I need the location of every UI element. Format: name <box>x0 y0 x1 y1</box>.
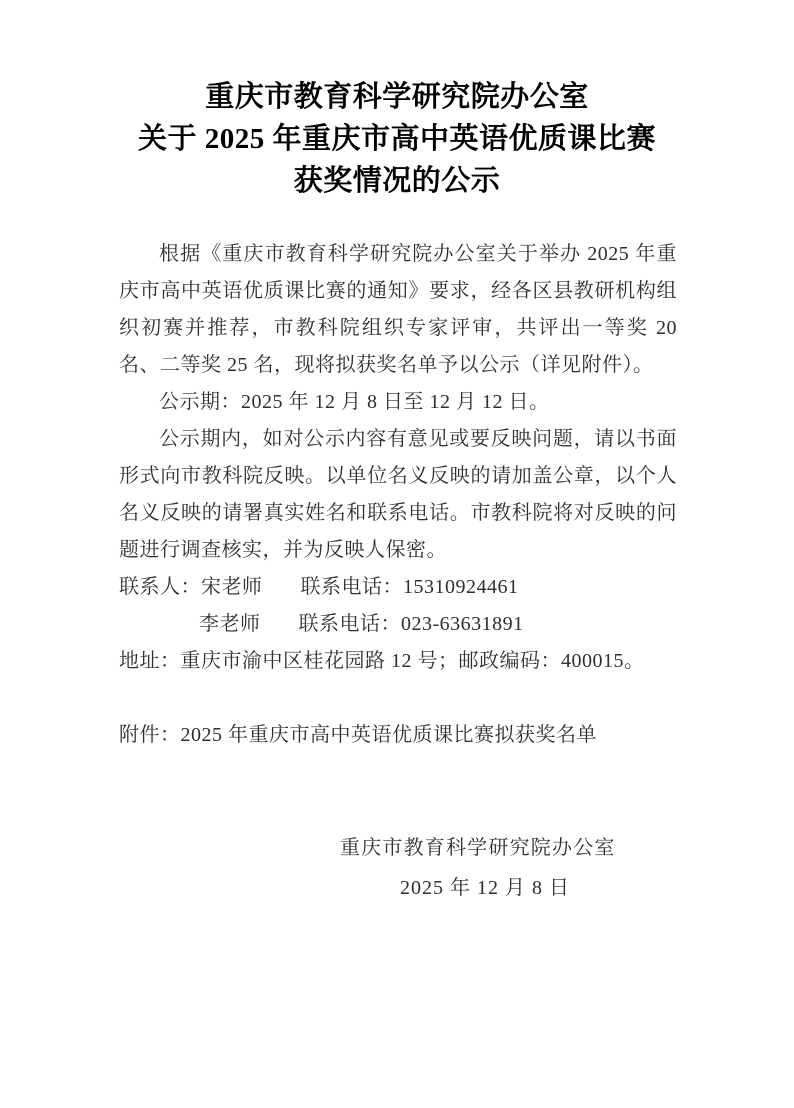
contact-person-label: 联系人： <box>119 576 201 598</box>
title-line-1: 重庆市教育科学研究院办公室 <box>0 76 794 118</box>
phone-number-1: 15310924461 <box>403 576 519 598</box>
contact-row-2: 李老师联系电话：023-63631891 <box>119 606 677 643</box>
signature-date: 2025 年 12 月 8 日 <box>400 870 570 907</box>
document-page: 重庆市教育科学研究院办公室 关于 2025 年重庆市高中英语优质课比赛 获奖情况… <box>0 0 794 1108</box>
contact-person-name-1: 宋老师 <box>201 576 263 598</box>
phone-number-2: 023-63631891 <box>401 613 524 635</box>
contact-row-1: 联系人：宋老师联系电话：15310924461 <box>119 569 677 606</box>
phone-label-2: 联系电话： <box>299 613 402 635</box>
signature-org: 重庆市教育科学研究院办公室 <box>340 830 616 867</box>
address-line: 地址：重庆市渝中区桂花园路 12 号；邮政编码：400015。 <box>119 643 677 680</box>
contact-person-name-2: 李老师 <box>199 613 261 635</box>
paragraph-feedback-instructions: 公示期内，如对公示内容有意见或要反映问题，请以书面形式向市教科院反映。以单位名义… <box>119 421 677 569</box>
paragraph-intro: 根据《重庆市教育科学研究院办公室关于举办 2025 年重庆市高中英语优质课比赛的… <box>119 236 677 384</box>
title-line-2: 关于 2025 年重庆市高中英语优质课比赛 <box>0 118 794 160</box>
notice-body: 根据《重庆市教育科学研究院办公室关于举办 2025 年重庆市高中英语优质课比赛的… <box>119 236 677 754</box>
attachment-line: 附件：2025 年重庆市高中英语优质课比赛拟获奖名单 <box>119 717 677 754</box>
phone-label-1: 联系电话： <box>301 576 404 598</box>
paragraph-publicity-period: 公示期：2025 年 12 月 8 日至 12 月 12 日。 <box>119 384 677 421</box>
notice-title: 重庆市教育科学研究院办公室 关于 2025 年重庆市高中英语优质课比赛 获奖情况… <box>0 76 794 202</box>
title-line-3: 获奖情况的公示 <box>0 160 794 202</box>
